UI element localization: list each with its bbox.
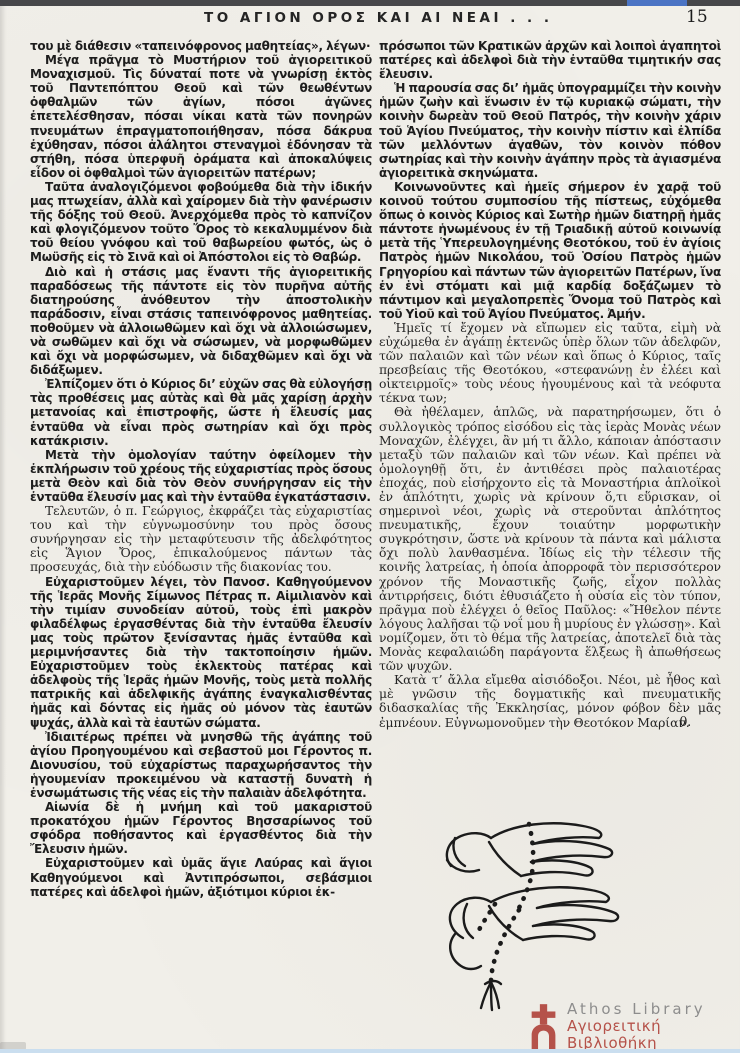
scan-bottom-edge-strip [0, 1049, 740, 1053]
paragraph: Κατὰ τ’ ἄλλα εἴμεθα αἰσιόδοξοι. Νέοι, μὲ… [379, 673, 721, 729]
paragraph: Διὸ καὶ ἡ στάσις μας ἔναντι τῆς ἁγιορειτ… [30, 265, 372, 378]
paragraph: Μετὰ τὴν ὁμολογίαν ταύτην ὀφείλομεν τὴν … [30, 448, 372, 504]
paragraph: Ἡμεῖς τί ἔχομεν νὰ εἴπωμεν εἰς ταῦτα, εἰ… [379, 321, 721, 406]
watermark-latin-label: Athos Library [567, 1001, 740, 1018]
paragraph: Εὐχαριστοῦμεν λέγει, τὸν Πανοσ. Καθηγούμ… [30, 575, 372, 730]
paragraph: Εὐχαριστοῦμεν καὶ ὑμᾶς ἅγιε Λαύρας καὶ ἅ… [30, 856, 372, 898]
watermark-greek-label: Αγιορειτική Βιβλιοθήκη [567, 1018, 740, 1052]
paragraph: Θὰ ἠθέλαμεν, ἁπλῶς, νὰ παρατηρήσωμεν, ὅτ… [379, 405, 721, 673]
paragraph: Ἐλπίζομεν ὅτι ὁ Κύριος δι’ εὐχῶν σας θὰ … [30, 377, 372, 447]
paragraph: Ταῦτα ἀναλογιζόμενοι φοβούμεθα διὰ τὴν ἰ… [30, 180, 372, 265]
paragraph: Τελευτῶν, ὁ π. Γεώργιος, ἐκφράζει τὰς εὐ… [30, 504, 372, 574]
athos-library-cross-icon [528, 1002, 559, 1052]
prayer-rope-hands-illustration [433, 818, 648, 1014]
left-column: του μὲ διάθεσιν «ταπεινόφρονος μαθητείας… [30, 39, 372, 899]
page-number: 15 [686, 7, 708, 27]
hands-with-prayer-rope-drawing [433, 818, 648, 1014]
right-column: πρόσωποι τῶν Κρατικῶν ἀρχῶν καὶ λοιποὶ ἀ… [379, 39, 721, 730]
library-watermark: Athos Library Αγιορειτική Βιβλιοθήκη [528, 1001, 740, 1052]
paragraph: πρόσωποι τῶν Κρατικῶν ἀρχῶν καὶ λοιποὶ ἀ… [379, 39, 721, 81]
paragraph: Κοινωνοῦντες καὶ ἡμεῖς σήμερον ἐν χαρᾷ τ… [379, 180, 721, 321]
paragraph: του μὲ διάθεσιν «ταπεινόφρονος μαθητείας… [30, 39, 372, 53]
paragraph: Αἰωνία δὲ ἡ μνήμη καὶ τοῦ μακαριστοῦ προ… [30, 800, 372, 856]
scanned-document-page: ΤΟ ΑΓΙΟΝ ΟΡΟΣ ΚΑΙ ΑΙ ΝΕΑΙ . . . 15 του μ… [0, 0, 740, 1053]
page-title: ΤΟ ΑΓΙΟΝ ΟΡΟΣ ΚΑΙ ΑΙ ΝΕΑΙ . . . [204, 10, 544, 26]
paragraph: Ἡ παρουσία σας δι’ ἡμᾶς ὑπογραμμίζει τὴν… [379, 81, 721, 180]
paragraph: Μέγα πρᾶγμα τὸ Μυστήριον τοῦ ἁγιορειτικο… [30, 53, 372, 180]
scan-top-edge-blue-segment [627, 0, 687, 6]
paragraph: Ἰδιαιτέρως πρέπει νὰ μνησθῶ τῆς ἀγάπης τ… [30, 730, 372, 800]
